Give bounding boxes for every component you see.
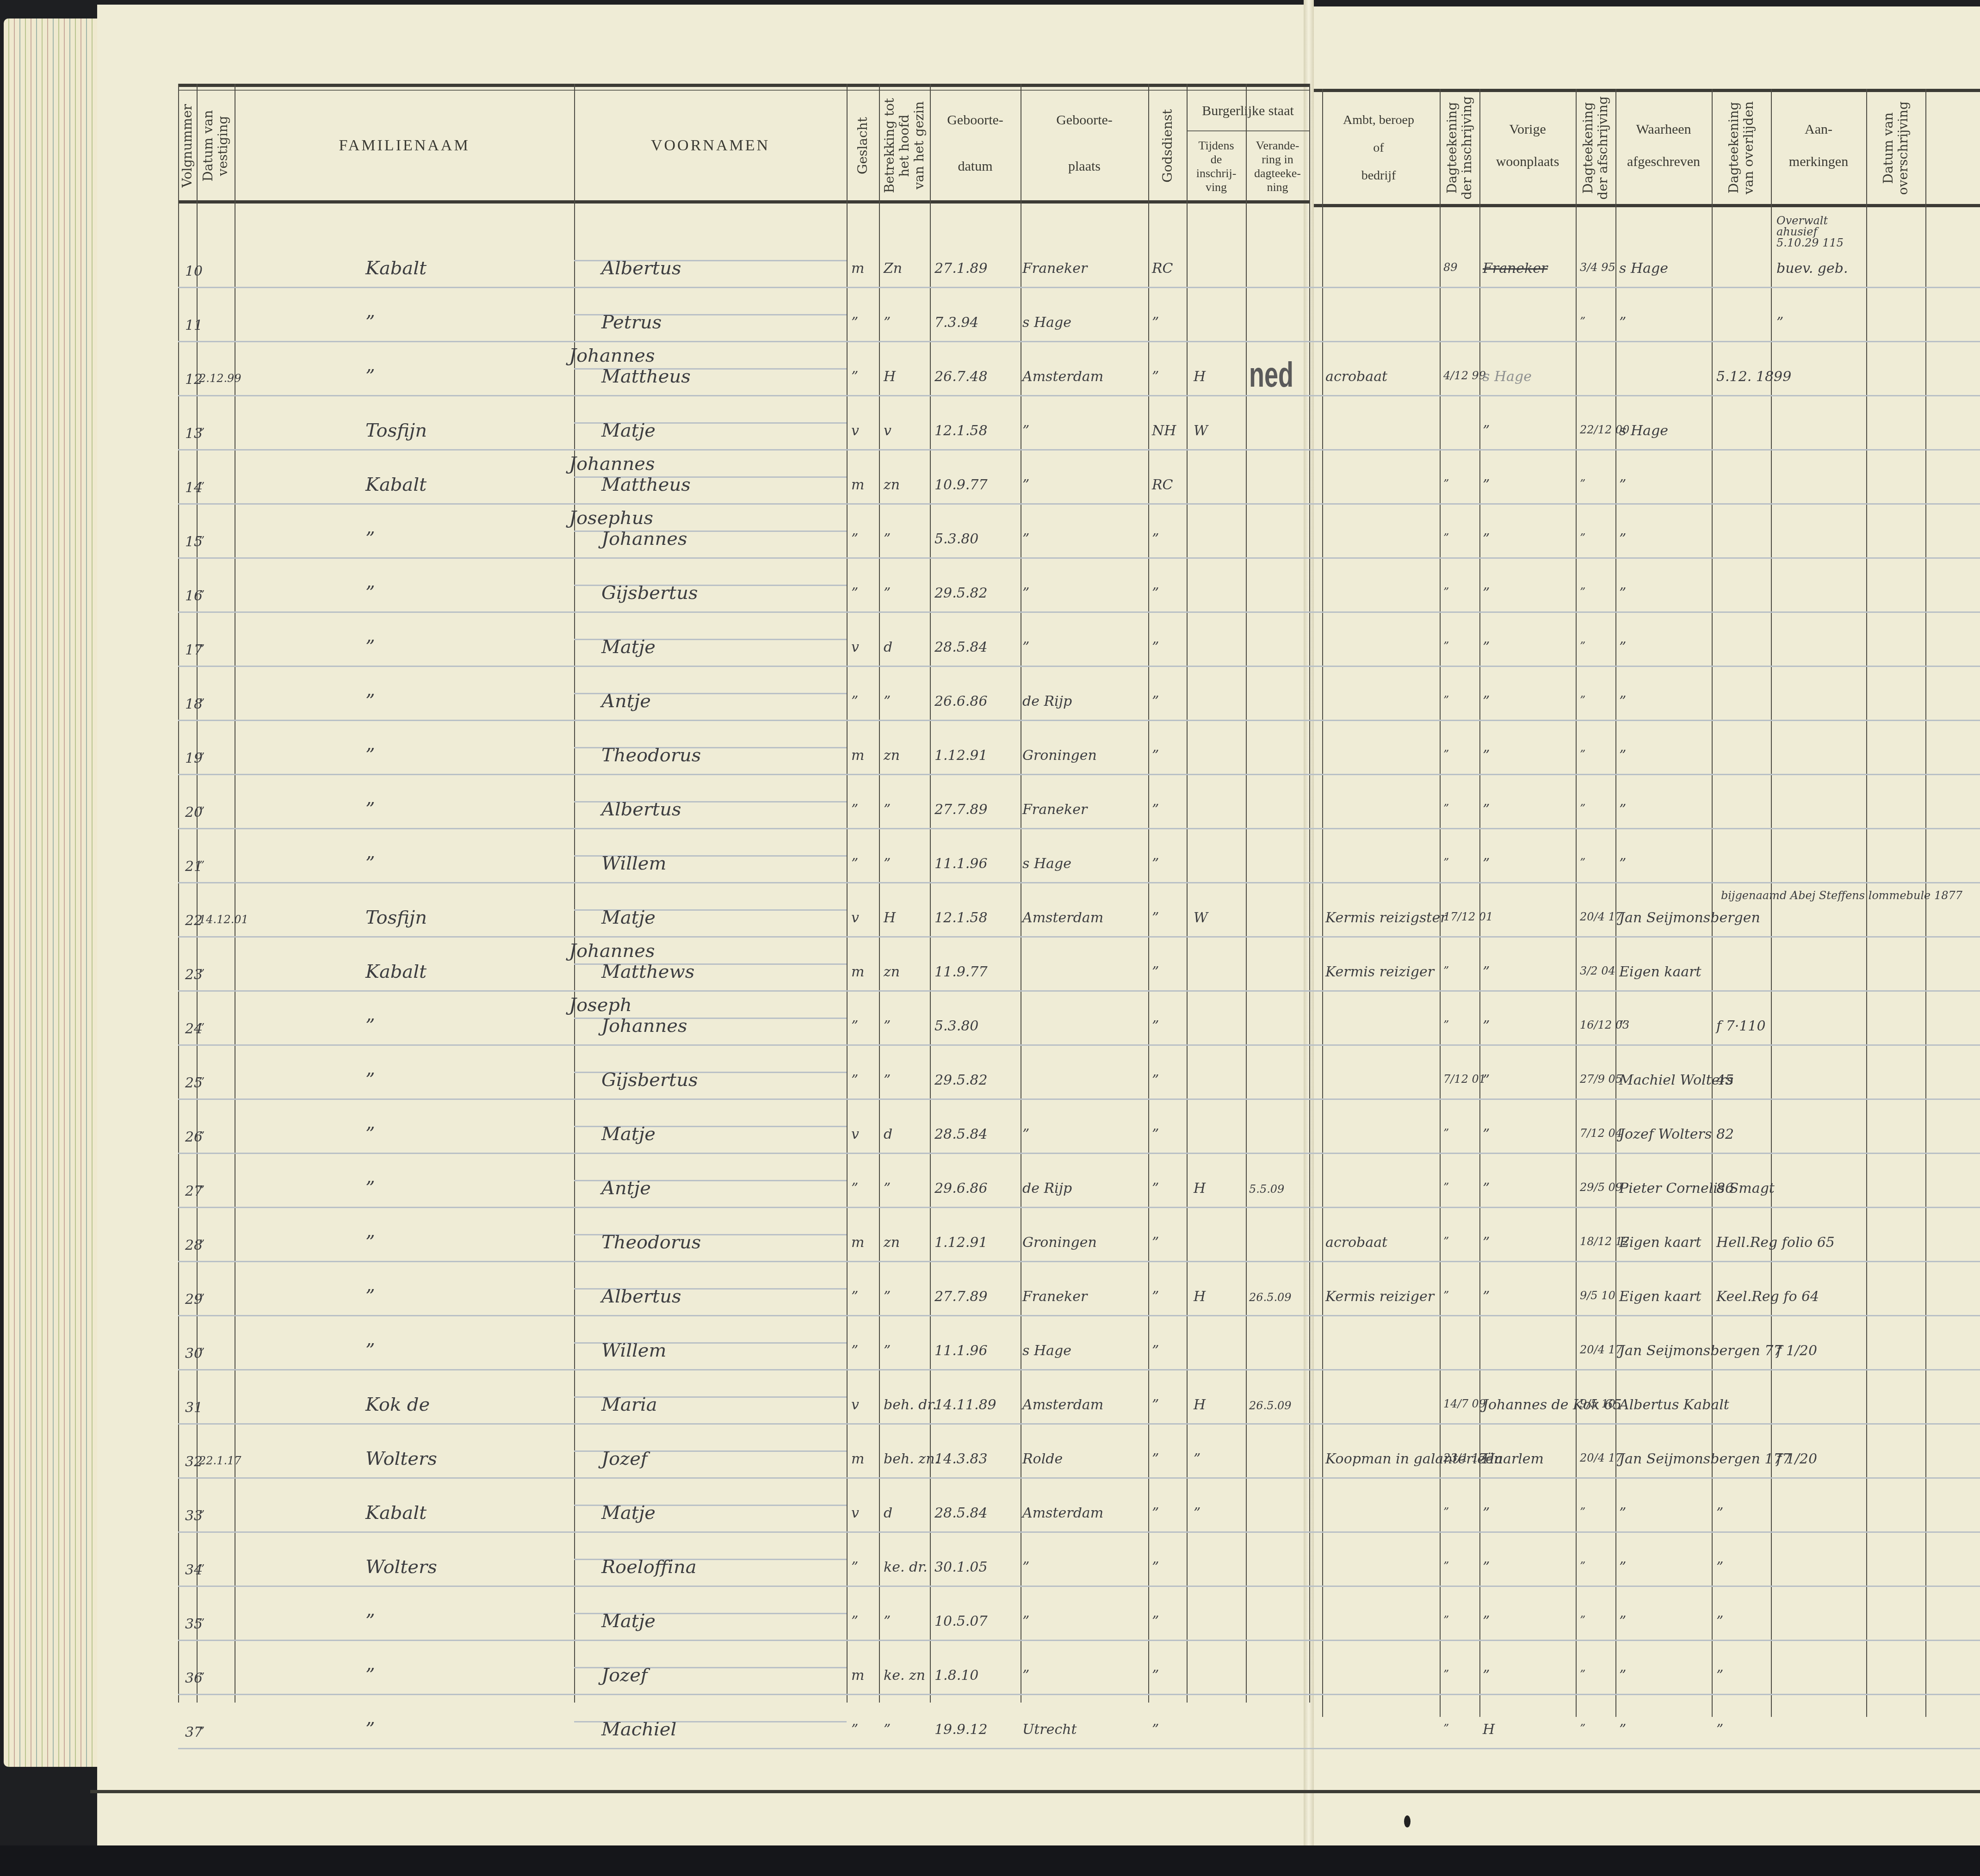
cell-note: bijgenaamd Abej Steffens lommebule 1877: [1721, 890, 1962, 901]
cell-dag-inschr: ”: [1443, 1615, 1449, 1626]
header-waarheen-1: Waarheen: [1615, 116, 1712, 143]
cell-voornamen: Petrus: [601, 313, 662, 332]
cell-geboorteplaats: Groningen: [1022, 1236, 1097, 1250]
cell-godsdienst: ”: [1152, 1561, 1159, 1574]
cell-dag-inschr: ”: [1443, 1290, 1449, 1301]
cell-betrekking: ”: [884, 803, 891, 817]
cell-voornamen: Theodorus: [601, 746, 701, 765]
cell-geslacht: m: [851, 262, 864, 276]
header-top-rule: [178, 84, 1309, 87]
cell-waarheen: Jan Seijmonsbergen 177: [1619, 1452, 1791, 1466]
column-rule: [1866, 89, 1867, 1717]
cell-dag-afschr: ”: [1580, 1723, 1585, 1734]
cell-waarheen: Albertus Kabalt: [1619, 1398, 1729, 1412]
cell-vorige: ”: [1483, 803, 1490, 817]
cell-voornamen-top: Josephus: [569, 509, 653, 527]
cell-dag-inschr: 14/7 09: [1443, 1398, 1486, 1409]
cell-betrekking: ”: [884, 1723, 891, 1737]
cell-godsdienst: ”: [1152, 370, 1159, 384]
cell-bs-tijdens: ”: [1194, 1452, 1200, 1466]
cell-betrekking: ”: [884, 532, 891, 546]
header-geboortedatum-2: datum: [930, 153, 1021, 180]
cell-waarheen: Eigen kaart: [1619, 1290, 1702, 1304]
row-rule: [178, 828, 1980, 829]
cell-waarheen: ”: [1619, 478, 1626, 492]
cell-betrekking: zn: [884, 749, 900, 763]
cell-overlijden: Keel.Reg fo 64: [1716, 1290, 1819, 1304]
row-rule: [178, 774, 1980, 775]
cell-geboortedatum: 26.7.48: [934, 370, 988, 384]
cell-geslacht: v: [851, 911, 859, 925]
cell-betrekking: ”: [884, 1615, 891, 1629]
cell-geslacht: ”: [851, 1074, 858, 1087]
cell-betrekking: d: [884, 1128, 892, 1142]
cell-dag-afschr: ”: [1580, 586, 1585, 598]
cell-geslacht: ”: [851, 532, 858, 546]
cell-geboorteplaats: Rolde: [1022, 1452, 1063, 1466]
cell-dag-inschr: ”: [1443, 1723, 1449, 1734]
cell-geboorteplaats: s Hage: [1022, 1344, 1071, 1358]
cell-familienaam: ”: [365, 584, 375, 602]
cell-godsdienst: ”: [1152, 1236, 1159, 1250]
cell-dag-afschr: ”: [1580, 1669, 1585, 1680]
header-familienaam: FAMILIENAAM: [235, 93, 574, 199]
cell-waarheen: ”: [1619, 1019, 1626, 1033]
cell-familienaam: ”: [365, 1666, 375, 1685]
cell-vorige: s Hage: [1483, 370, 1532, 384]
cell-waarheen: Jan Seijmonsbergen 77: [1619, 1344, 1782, 1358]
cell-godsdienst: ”: [1152, 1344, 1159, 1358]
cell-voornamen: Jozef: [601, 1666, 648, 1685]
cell-dag-afschr: 20/4 17: [1580, 1452, 1622, 1463]
row-rule: [178, 1640, 1980, 1641]
cell-geboortedatum: 28.5.84: [934, 1128, 988, 1142]
cell-familienaam: Tosfijn: [365, 421, 427, 440]
header-dagteekening-overlijden: Dagteekening van overlijden: [1712, 93, 1771, 204]
cell-godsdienst: ”: [1152, 803, 1159, 817]
cell-vorige: ”: [1483, 1019, 1490, 1033]
cell-dag-inschr: 17/12 01: [1443, 911, 1493, 922]
cell-geboortedatum: 7.3.94: [934, 316, 978, 330]
cell-aanmerkingen-top: Overwalt ahusief 5.10.29 115: [1776, 215, 1860, 248]
cell-geboorteplaats: s Hage: [1022, 857, 1071, 871]
cell-godsdienst: ”: [1152, 532, 1159, 546]
cell-betrekking: ”: [884, 1344, 891, 1358]
header-bottom-rule: [178, 200, 1309, 204]
row-rule: [178, 503, 1980, 505]
cell-nr: 10: [185, 265, 203, 278]
cell-betrekking: ke. zn: [884, 1669, 925, 1683]
cell-bs-tijdens: H: [1194, 1290, 1206, 1304]
cell-dag-inschr: ”: [1443, 586, 1449, 598]
cell-geslacht: ”: [851, 1561, 858, 1574]
cell-geslacht: m: [851, 478, 864, 492]
cell-voornamen: Willem: [601, 854, 666, 873]
cell-datum: ”: [199, 535, 204, 546]
cell-ambt: acrobaat: [1325, 1236, 1387, 1250]
cell-voornamen: Matje: [601, 421, 656, 440]
cell-dag-inschr: ”: [1443, 749, 1449, 760]
cell-geboorteplaats: Franeker: [1022, 262, 1087, 276]
cell-vorige: ”: [1483, 1290, 1490, 1304]
row-rule: [178, 557, 1980, 559]
cell-geslacht: ”: [851, 1723, 858, 1737]
header-top-rule-thin: [178, 90, 1309, 91]
cell-datum: ”: [199, 1022, 204, 1033]
cell-dag-afschr: 7/12 04: [1580, 1128, 1622, 1139]
row-rule: [178, 1369, 1980, 1370]
header-vorige-2: woonplaats: [1479, 148, 1576, 176]
cell-datum: ”: [199, 968, 204, 979]
cell-datum: ”: [199, 1185, 204, 1196]
cell-dag-afschr: ”: [1580, 695, 1585, 706]
cell-voornamen: Matje: [601, 638, 656, 656]
cell-familienaam: ”: [365, 1612, 375, 1630]
cell-datum: ”: [199, 1726, 204, 1737]
cell-geboortedatum: 11.9.77: [934, 965, 988, 979]
cell-ambt: Kermis reizigster: [1325, 911, 1447, 925]
cell-geboortedatum: 1.12.91: [934, 1236, 988, 1250]
cell-voornamen: Albertus: [601, 800, 681, 819]
column-rule: [1440, 89, 1441, 1717]
cell-dag-afschr: ”: [1580, 1615, 1585, 1626]
cell-familienaam: Kok de: [365, 1395, 430, 1414]
cell-vorige: ”: [1483, 1506, 1490, 1520]
cell-datum: ”: [199, 481, 204, 492]
cell-godsdienst: ”: [1152, 1669, 1159, 1683]
cell-familienaam: ”: [365, 1071, 375, 1089]
cell-voornamen: Antje: [601, 692, 651, 710]
header-geboorteplaats-1: Geboorte-: [1021, 106, 1148, 134]
cell-geslacht: m: [851, 1236, 864, 1250]
cell-waarheen: ”: [1619, 1723, 1626, 1737]
cell-geslacht: v: [851, 1128, 859, 1142]
cell-vorige: Haarlem: [1483, 1452, 1544, 1466]
cell-bs-verandering: 26.5.09: [1249, 1400, 1292, 1411]
cell-dag-inschr: ”: [1443, 803, 1449, 814]
cell-familienaam: Wolters: [365, 1450, 437, 1468]
cell-voornamen: Matje: [601, 1125, 656, 1143]
cell-voornamen: Willem: [601, 1341, 666, 1360]
row-rule: [178, 1315, 1980, 1316]
cell-waarheen: Pieter Cornelis Smagt: [1619, 1182, 1775, 1196]
cell-dag-inschr: ”: [1443, 1669, 1449, 1680]
cell-waarheen: ”: [1619, 532, 1626, 546]
cell-vorige: ”: [1483, 1128, 1490, 1142]
cell-familienaam: ”: [365, 692, 375, 710]
cell-waarheen: ”: [1619, 803, 1626, 817]
cell-waarheen: Jan Seijmonsbergen: [1619, 911, 1760, 925]
cell-familienaam: Kabalt: [365, 475, 427, 494]
cell-datum: 2.12.99: [199, 373, 241, 384]
cell-betrekking: ”: [884, 1182, 891, 1196]
cell-waarheen: s Hage: [1619, 424, 1668, 438]
cell-datum: ”: [199, 806, 204, 817]
cell-dag-afschr: 3/4 95: [1580, 262, 1615, 273]
header-dagteekening-afschrijving: Dagteekening der afschrijving: [1576, 93, 1615, 204]
cell-godsdienst: ”: [1152, 1615, 1159, 1629]
cell-betrekking: zn: [884, 965, 900, 979]
cell-betrekking: beh. dr.: [884, 1398, 937, 1412]
cell-vorige: H: [1483, 1723, 1495, 1737]
cell-overlijden: ”: [1716, 1669, 1723, 1683]
ink-blot: [1404, 1815, 1411, 1827]
cell-geboorteplaats: ”: [1022, 1561, 1029, 1574]
row-rule: [178, 1477, 1980, 1479]
cell-geslacht: m: [851, 749, 864, 763]
cell-dag-inschr: ”: [1443, 1506, 1449, 1518]
cell-datum: ”: [199, 1617, 204, 1629]
column-rule: [1187, 84, 1188, 1703]
cell-dag-afschr: ”: [1580, 641, 1585, 652]
cell-datum: ”: [199, 589, 204, 600]
cell-geboorteplaats: ”: [1022, 641, 1029, 654]
cell-dag-inschr: ”: [1443, 1236, 1449, 1247]
cell-godsdienst: RC: [1152, 478, 1173, 492]
column-rule: [1309, 84, 1310, 1703]
cell-geboorteplaats: s Hage: [1022, 316, 1071, 330]
cell-voornamen-top: Johannes: [569, 455, 655, 473]
cell-betrekking: ”: [884, 857, 891, 871]
cell-ambt: acrobaat: [1325, 370, 1387, 384]
cell-dag-afschr: 27/9 05: [1580, 1074, 1622, 1085]
column-rule: [1246, 84, 1247, 1703]
row-rule: [178, 990, 1980, 992]
cell-godsdienst: ”: [1152, 1182, 1159, 1196]
cell-familienaam: ”: [365, 1233, 375, 1252]
header-waarheen-2: afgeschreven: [1615, 148, 1712, 176]
cell-dag-afschr: ”: [1580, 749, 1585, 760]
cell-overlijden: 86: [1716, 1182, 1734, 1196]
cell-bs-tijdens: H: [1194, 1182, 1206, 1196]
cell-godsdienst: ”: [1152, 641, 1159, 654]
cell-datum: ”: [199, 1347, 204, 1358]
header-geboorteplaats-2: plaats: [1021, 153, 1148, 180]
cell-aanmerkingen: buev. geb.: [1776, 262, 1848, 276]
cell-dag-inschr: ”: [1443, 1019, 1449, 1031]
cell-geslacht: ”: [851, 695, 858, 709]
cell-waarheen: ”: [1619, 586, 1626, 600]
cell-betrekking: ”: [884, 586, 891, 600]
cell-bs-verandering: 26.5.09: [1249, 1292, 1292, 1303]
column-rule: [1148, 84, 1149, 1703]
cell-datum: ”: [199, 1293, 204, 1304]
cell-voornamen-top: Johannes: [569, 346, 655, 365]
cell-datum: ”: [199, 1076, 204, 1087]
cell-geboorteplaats: ”: [1022, 1615, 1029, 1629]
column-rule: [847, 84, 848, 1703]
cell-geslacht: m: [851, 965, 864, 979]
cell-datum: ”: [199, 1509, 204, 1520]
cell-betrekking: H: [884, 911, 896, 925]
header-datum-vestiging: Datum van vestiging: [197, 93, 235, 199]
cell-familienaam: Kabalt: [365, 1504, 427, 1522]
cell-voornamen: Mattheus: [601, 367, 691, 386]
cell-voornamen: Theodorus: [601, 1233, 701, 1252]
book-gutter: [1304, 0, 1314, 1850]
cell-waarheen: ”: [1619, 1506, 1626, 1520]
cell-godsdienst: ”: [1152, 695, 1159, 709]
column-rule: [1712, 89, 1713, 1717]
cell-voornamen: Matthews: [601, 963, 694, 981]
header-dagteekening-inschrijving: Dagteekening der inschrijving: [1440, 93, 1479, 204]
cell-geslacht: ”: [851, 1615, 858, 1629]
cell-familienaam: ”: [365, 1179, 375, 1197]
cell-geboortedatum: 29.5.82: [934, 1074, 988, 1087]
cell-geboortedatum: 27.7.89: [934, 1290, 988, 1304]
cell-familienaam: Wolters: [365, 1558, 437, 1576]
cell-vorige: ”: [1483, 1182, 1490, 1196]
cell-waarheen: s Hage: [1619, 262, 1668, 276]
cell-godsdienst: ”: [1152, 1074, 1159, 1087]
cell-datum: ”: [199, 1239, 204, 1250]
row-rule: [178, 1423, 1980, 1425]
footer-rule: [90, 1790, 1980, 1793]
cell-voornamen: Albertus: [601, 259, 681, 278]
cell-familienaam: ”: [365, 854, 375, 873]
cell-dag-afschr: 20/4 17: [1580, 911, 1622, 922]
cell-godsdienst: ”: [1152, 316, 1159, 330]
cell-dag-afschr: ”: [1580, 316, 1585, 327]
cell-voornamen: Johannes: [601, 530, 687, 548]
cell-geboortedatum: 1.8.10: [934, 1669, 978, 1683]
cell-familienaam: Tosfijn: [365, 908, 427, 927]
cell-geboortedatum: 28.5.84: [934, 1506, 988, 1520]
cell-vorige: ”: [1483, 749, 1490, 763]
cell-ambt: Kermis reiziger: [1325, 1290, 1434, 1304]
cell-dag-inschr: ”: [1443, 857, 1449, 868]
header-aanmerkingen-2: merkingen: [1771, 148, 1866, 176]
row-rule: [178, 1207, 1980, 1208]
cell-dag-inschr: 23/1 17: [1443, 1452, 1486, 1463]
row-rule: [178, 1586, 1980, 1587]
cell-geslacht: ”: [851, 857, 858, 871]
cell-overlijden: 82: [1716, 1128, 1734, 1142]
cell-geboortedatum: 29.5.82: [934, 586, 988, 600]
cell-dag-afschr: ”: [1580, 532, 1585, 543]
cell-waarheen: Eigen kaart: [1619, 965, 1702, 979]
cell-familienaam: Kabalt: [365, 963, 427, 981]
cell-godsdienst: ”: [1152, 965, 1159, 979]
cell-familienaam: ”: [365, 313, 375, 332]
cell-geboorteplaats: Franeker: [1022, 1290, 1087, 1304]
cell-datum: ”: [199, 643, 204, 654]
column-rule: [1771, 89, 1772, 1717]
column-rule: [574, 84, 575, 1703]
cell-betrekking: v: [884, 424, 891, 438]
cell-dag-inschr: ”: [1443, 1561, 1449, 1572]
cell-betrekking: ”: [884, 695, 891, 709]
row-rule: [178, 1098, 1980, 1100]
cell-geboorteplaats: ”: [1022, 1128, 1029, 1142]
cell-betrekking: zn: [884, 478, 900, 492]
cell-geboorteplaats: Groningen: [1022, 749, 1097, 763]
cell-geboortedatum: 11.1.96: [934, 1344, 988, 1358]
cell-betrekking: d: [884, 641, 892, 654]
cell-geboortedatum: 27.7.89: [934, 803, 988, 817]
cell-geboortedatum: 30.1.05: [934, 1561, 988, 1574]
cell-geboortedatum: 12.1.58: [934, 424, 988, 438]
column-rule: [1021, 84, 1021, 1703]
cell-datum: ”: [199, 1563, 204, 1574]
cell-geboortedatum: 10.9.77: [934, 478, 988, 492]
cell-geboortedatum: 27.1.89: [934, 262, 988, 276]
cell-geboortedatum: 29.6.86: [934, 1182, 988, 1196]
cell-vorige: ”: [1483, 641, 1490, 654]
header-voornamen: VOORNAMEN: [574, 93, 847, 199]
cell-aanmerkingen: f 1/20: [1776, 1344, 1817, 1358]
cell-betrekking: ”: [884, 1074, 891, 1087]
column-rule: [1925, 89, 1926, 1717]
cell-dag-afschr: ”: [1580, 478, 1585, 489]
cell-betrekking: zn: [884, 1236, 900, 1250]
cell-geslacht: v: [851, 1506, 859, 1520]
cell-geslacht: v: [851, 1398, 859, 1412]
cell-familienaam: ”: [365, 638, 375, 656]
cell-dag-inschr: ”: [1443, 965, 1449, 976]
column-rule: [1322, 89, 1323, 1717]
cell-nr: 31: [185, 1401, 203, 1415]
cell-nr: 11: [185, 319, 203, 333]
row-rule: [178, 666, 1980, 667]
header-ambt: Ambt, beroep of bedrijf: [1322, 93, 1435, 204]
cell-datum: 14.12.01: [199, 914, 248, 925]
cell-waarheen: ”: [1619, 857, 1626, 871]
cell-vorige: Franeker: [1483, 262, 1547, 276]
cell-datum: ”: [199, 752, 204, 763]
cell-geslacht: ”: [851, 586, 858, 600]
row-rule: [178, 287, 1980, 288]
header-top-rule-right: [1314, 89, 1980, 92]
cell-bs-verandering: 5.5.09: [1249, 1184, 1284, 1195]
cell-betrekking: Zn: [884, 262, 902, 276]
cell-familienaam: ”: [365, 1125, 375, 1143]
row-rule: [178, 720, 1980, 721]
column-rule: [879, 84, 880, 1703]
header-volgnummer: Volgnummer: [178, 93, 197, 199]
cell-waarheen: ”: [1619, 695, 1626, 709]
cell-datum: ”: [199, 1672, 204, 1683]
cell-geboortedatum: 11.1.96: [934, 857, 988, 871]
cell-betrekking: d: [884, 1506, 892, 1520]
cell-vorige: ”: [1483, 532, 1490, 546]
cell-geboortedatum: 10.5.07: [934, 1615, 988, 1629]
cell-geboorteplaats: Amsterdam: [1022, 370, 1103, 384]
cell-vorige: ”: [1483, 1669, 1490, 1683]
cell-betrekking: ”: [884, 316, 891, 330]
header-datum-overschrijving: Datum van overschrijving: [1866, 93, 1925, 204]
right-page: [1310, 6, 1980, 1847]
cell-vorige: ”: [1483, 965, 1490, 979]
cell-geslacht: ”: [851, 1344, 858, 1358]
row-rule: [178, 1748, 1980, 1749]
cell-geboorteplaats: ”: [1022, 424, 1029, 438]
cell-overlijden: Hell.Reg folio 65: [1716, 1236, 1835, 1250]
cell-geboorteplaats: Utrecht: [1022, 1723, 1077, 1737]
cell-voornamen: Albertus: [601, 1287, 681, 1306]
cell-voornamen-top: Johannes: [569, 942, 655, 960]
cell-geboortedatum: 12.1.58: [934, 911, 988, 925]
cell-familienaam: ”: [365, 1341, 375, 1360]
cell-dag-inschr: ”: [1443, 1128, 1449, 1139]
cell-geslacht: ”: [851, 370, 858, 384]
cell-betrekking: H: [884, 370, 896, 384]
header-vorige-1: Vorige: [1479, 116, 1576, 143]
cell-betrekking: beh. zn.: [884, 1452, 939, 1466]
cell-dag-inschr: 4/12 99: [1443, 370, 1486, 381]
cell-waarheen: ”: [1619, 641, 1626, 654]
cell-voornamen: Jozef: [601, 1450, 648, 1468]
